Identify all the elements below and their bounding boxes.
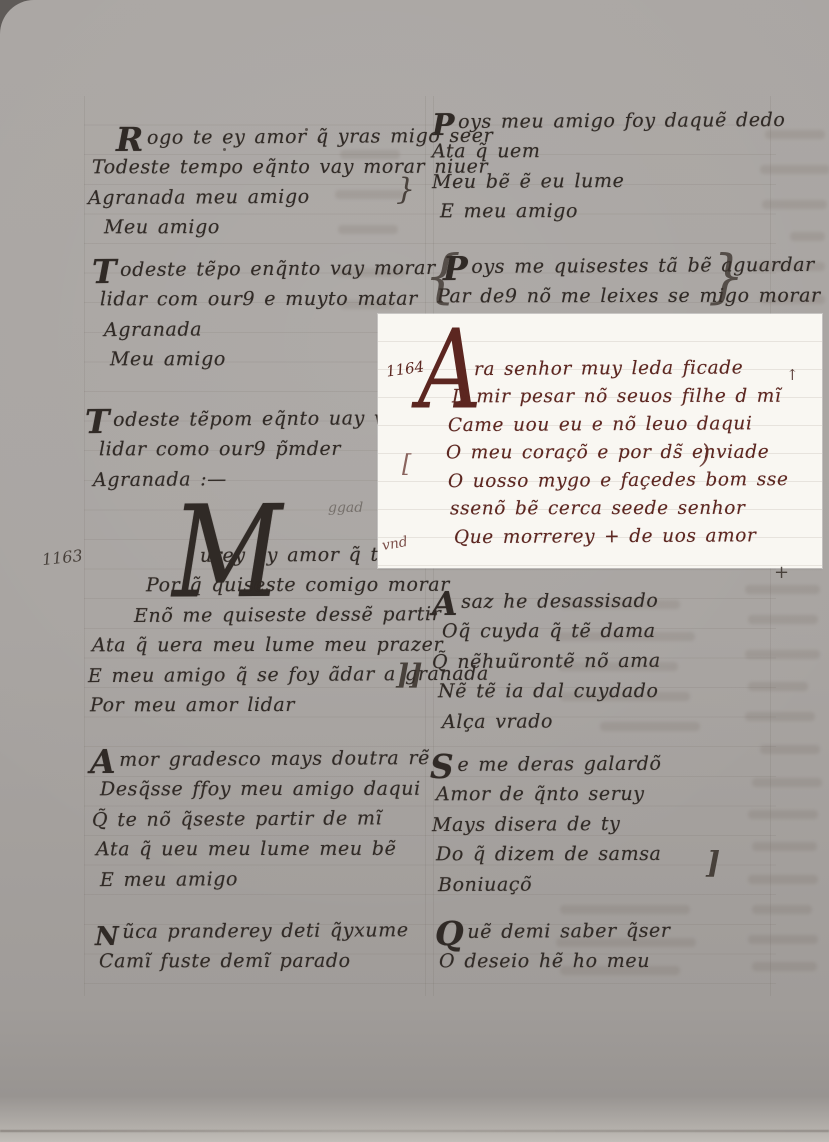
bracket-mark: ] [706,846,720,881]
illuminated-initial: A [90,742,116,781]
stanza: Amor gradesco mays doutra rẽDesq̃sse ffo… [90,748,450,898]
bleed-through-line [752,778,822,787]
stanza: Se me deras galardõAmor de q̃nto seruyMa… [430,753,790,903]
verse-line: O uosso mygo e façedes bom sse [448,469,822,499]
bleed-through-line [748,682,808,691]
brace-close-mark: } [708,242,745,310]
verse-line: Por q̃ quiseste comigo morar [146,574,448,605]
interlinear-note: ggad [328,500,363,516]
illuminated-initial: R [116,120,144,159]
bleed-through-line [790,232,825,241]
ink-speck [305,128,308,131]
bleed-through-line [336,268,406,277]
illuminated-initial: M [172,500,284,607]
bleed-through-line [745,650,820,659]
illuminated-initial: T [85,402,110,441]
bleed-through-line [748,615,818,624]
bleed-through-line [755,262,825,271]
verse-text: ũca pranderey deti q̃yxume [122,919,408,943]
illuminated-initial: P [432,108,455,143]
verse-text: Por meu amor lidar [90,694,295,716]
verse-line: Por meu amor lidar [90,694,448,725]
stanza: Murey ay amor q̃ te gradecerPor q̃ quise… [88,544,448,724]
paren-mark: ) [700,440,710,470]
illuminated-initial: Q [435,914,465,953]
bleed-through-line [752,905,812,914]
bleed-through-line [555,632,695,641]
bracket-open-mark: [ [402,450,411,478]
bleed-through-line [752,842,817,851]
verse-text: Meu amigo [104,216,220,238]
verse-text: Boniuaçõ [438,874,532,897]
verse-line: Todeste tempo eq̃nto vay morar niuer [92,156,448,187]
stanza: Poys meu amigo foy daquẽ dedoAta q̃ uemM… [432,110,792,230]
bleed-through-line [338,225,398,234]
manuscript-page: Rogo te ey amor q̃ yras migo seerTodeste… [0,0,829,1142]
ink-speck [318,139,321,142]
verse-line: Amor de q̃nto seruy [436,783,790,814]
verse-line: E meu amigo [440,200,792,231]
bleed-through-line [560,600,680,609]
verse-text: Alça vrado [442,710,553,733]
verse-text: Agranada meu amigo [88,186,310,209]
stanza: Poys me quisestes tã bẽ aguardarPar de9 … [443,255,803,315]
margin-number-1163: 1163 [41,546,83,569]
bleed-through-line [340,150,400,159]
bleed-through-line [335,190,405,199]
verse-text: Q̃ te nõ q̃seste partir de mĩ [92,807,382,831]
bleed-through-line [745,585,820,594]
verse-text: Mays disera de ty [432,813,621,836]
verse-line: O meu coraçõ e por ds̃ enviade [446,442,822,471]
bleed-through-line [560,905,690,914]
bleed-through-line [760,295,825,304]
bleed-through-line [748,810,818,819]
bleed-through-line [558,662,678,671]
illuminated-initial: T [92,252,117,291]
verse-line: Ata q̃ ueu meu lume meu bẽ [96,838,450,869]
bleed-through-line [765,130,825,139]
bleed-through-line [560,692,690,701]
verse-line: Came uou eu e nõ leuo daqui [448,413,822,443]
verse-text: Amor de q̃nto seruy [436,783,645,805]
verse-text: Camĩ fuste demĩ parado [99,950,351,972]
bleed-through-line [340,300,395,309]
verse-line: Que morrerey + de uos amor [454,525,822,555]
verse-line: Poys meu amigo foy daquẽ dedo [432,109,792,141]
caret-mark: ↑ [786,366,799,384]
verse-text: Ata q̃ ueu meu lume meu bẽ [96,838,396,861]
verse-line: D mir pesar nõ seuos filhe d mĩ [452,386,822,415]
verse-line: Poys me quisestes tã bẽ aguardar [443,254,803,286]
verse-text: oys meu amigo foy daquẽ dedo [458,109,785,133]
verse-text: ogo te ey amor q̃ yras migo seer [147,125,493,149]
verse-line: Q̃ te nõ q̃seste partir de mĩ [92,807,450,839]
verse-line: Enõ me quiseste dessẽ partir [134,603,448,635]
bleed-through-line [760,165,829,174]
verse-line: Meu bẽ ẽ eu lume [432,169,792,201]
highlight-overlay-box: 1164 A ra senhor muy leda ficadeD mir pe… [378,314,822,568]
verse-text: e me deras galardõ [457,753,661,776]
verse-line: O deseio hẽ ho meu [439,950,795,981]
verse-line: Desq̃sse ffoy meu amigo daqui [100,778,450,809]
bleed-through-line [752,962,817,971]
brace-mark: } [396,172,415,207]
verse-text: Ata q̃ uem [432,140,541,162]
verse-text: Enõ me quiseste dessẽ partir [134,603,442,627]
double-bracket-mark: ]] [396,658,423,691]
verse-line: Ata q̃ uera meu lume meu prazer [92,634,448,665]
illuminated-initial: A [432,584,458,623]
bleed-through-line [600,722,700,731]
illuminated-initial: N [95,922,120,952]
verse-line: Do q̃ dizem de samsa [436,843,790,874]
verse-text: E meu amigo [100,868,238,891]
bleed-through-line [748,935,818,944]
bleed-through-line [745,712,815,721]
bleed-through-line [748,875,818,884]
verse-text: mor gradesco mays doutra rẽ [119,747,430,771]
ink-speck [223,148,226,151]
stanza: Nũca pranderey deti q̃yxumeCamĩ fuste de… [95,920,455,980]
bleed-through-line [760,745,820,754]
verse-text: Desq̃sse ffoy meu amigo daqui [100,778,421,801]
verse-text: Agranada [104,318,202,341]
verse-line: E meu amigo q̃ se foy ãdar a granada [88,663,448,695]
bleed-through-line [560,966,680,975]
verse-text: Ata q̃ uera meu lume meu prazer [92,634,443,657]
verse-text: Todeste tempo eq̃nto vay morar niuer [92,156,488,179]
verse-text: Por q̃ quiseste comigo morar [146,574,450,597]
brace-open-mark: { [424,242,461,310]
verse-line: ssenõ bẽ cerca seede senhor [450,498,822,527]
verse-line: E meu amigo [100,867,450,899]
verse-line: Boniuaçõ [438,872,790,904]
verse-line: Nũca pranderey deti q̃yxume [95,919,455,951]
verse-text: Do q̃ dizem de samsa [436,843,662,865]
verse-text: lidar como our9 p̃mder [99,438,341,460]
verse-text: Meu bẽ ẽ eu lume [432,170,625,193]
verse-text: Meu amigo [110,348,226,370]
highlighted-stanza: ra senhor muy leda ficadeD mir pesar nõ … [378,314,822,554]
bleed-through-line [556,938,696,947]
verse-line: Camĩ fuste demĩ parado [99,950,455,981]
verse-line: Amor gradesco mays doutra rẽ [90,747,450,779]
verse-text: E meu amigo [440,200,578,222]
verse-text: Agranada :— [93,468,227,491]
verse-line: Se me deras galardõ [430,752,790,784]
margin-rule-left [84,96,85,996]
bleed-through-line [762,200,827,209]
verse-line: Mays disera de ty [432,812,790,844]
verse-line: ra senhor muy leda ficade [474,357,822,387]
verse-line: Par de9 nõ me leixes se migo morar [437,285,803,316]
verse-line: Ata q̃ uem [432,140,792,171]
plus-mark: + [774,562,789,583]
verse-text: E meu amigo q̃ se foy ãdar a granada [88,663,489,687]
